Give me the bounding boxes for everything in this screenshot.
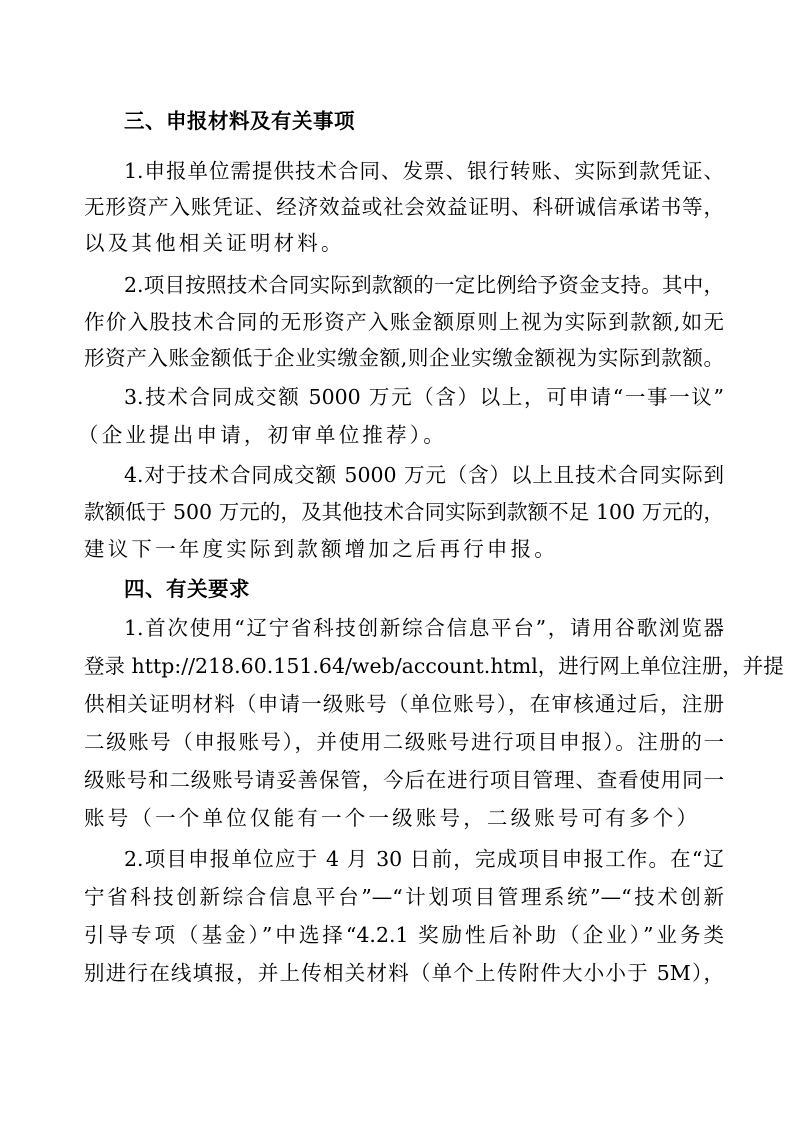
paragraph-line: 引导专项（基金）”中选择“4.2.1 奖励性后补助（企业）”业务类 [84,920,724,950]
paragraph-line: 2.项目申报单位应于 4 月 30 日前，完成项目申报工作。在“辽 [124,844,724,874]
paragraph-line: 作价入股技术合同的无形资产入账金额原则上视为实际到款额,如无 [84,307,724,337]
paragraph-line: 3.技术合同成交额 5000 万元（含）以上，可申请“一事一议” [124,382,724,412]
paragraph-line: 1.申报单位需提供技术合同、发票、银行转账、实际到款凭证、 [124,156,724,186]
paragraph-line: 4.对于技术合同成交额 5000 万元（含）以上且技术合同实际到 [124,460,724,490]
paragraph-line: 宁省科技创新综合信息平台”—“计划项目管理系统”—“技术创新 [84,882,724,912]
paragraph-line: 级账号和二级账号请妥善保管，今后在进行项目管理、查看使用同一 [84,765,724,795]
paragraph-line: 无形资产入账凭证、经济效益或社会效益证明、科研诚信承诺书等， [84,192,724,222]
paragraph-line: 款额低于 500 万元的，及其他技术合同实际到款额不足 100 万元的， [84,497,724,527]
section-heading-3: 三、申报材料及有关事项 [124,106,355,136]
paragraph-line: 别进行在线填报，并上传相关材料（单个上传附件大小小于 5M）， [84,958,724,988]
paragraph-line: 账号（一个单位仅能有一个一级账号，二级账号可有多个） [84,803,700,833]
paragraph-line: 建议下一年度实际到款额增加之后再行申报。 [84,534,558,564]
paragraph-line: 供相关证明材料（申请一级账号（单位账号），在审核通过后，注册 [84,689,724,719]
paragraph-line: 形资产入账金额低于企业实缴金额,则企业实缴金额视为实际到款额。 [84,343,724,373]
paragraph-line: （企业提出申请，初审单位推荐）。 [78,420,447,450]
paragraph-line: 2.项目按照技术合同实际到款额的一定比例给予资金支持。其中， [124,270,724,300]
paragraph-line: 以及其他相关证明材料。 [84,228,345,258]
section-heading-4: 四、有关要求 [124,574,250,604]
paragraph-line: 二级账号（申报账号），并使用二级账号进行项目申报）。注册的一 [84,727,724,757]
paragraph-line: 1.首次使用“辽宁省科技创新综合信息平台”，请用谷歌浏览器 [124,613,724,643]
paragraph-line-with-url: 登录 http://218.60.151.64/web/account.html… [84,651,724,681]
